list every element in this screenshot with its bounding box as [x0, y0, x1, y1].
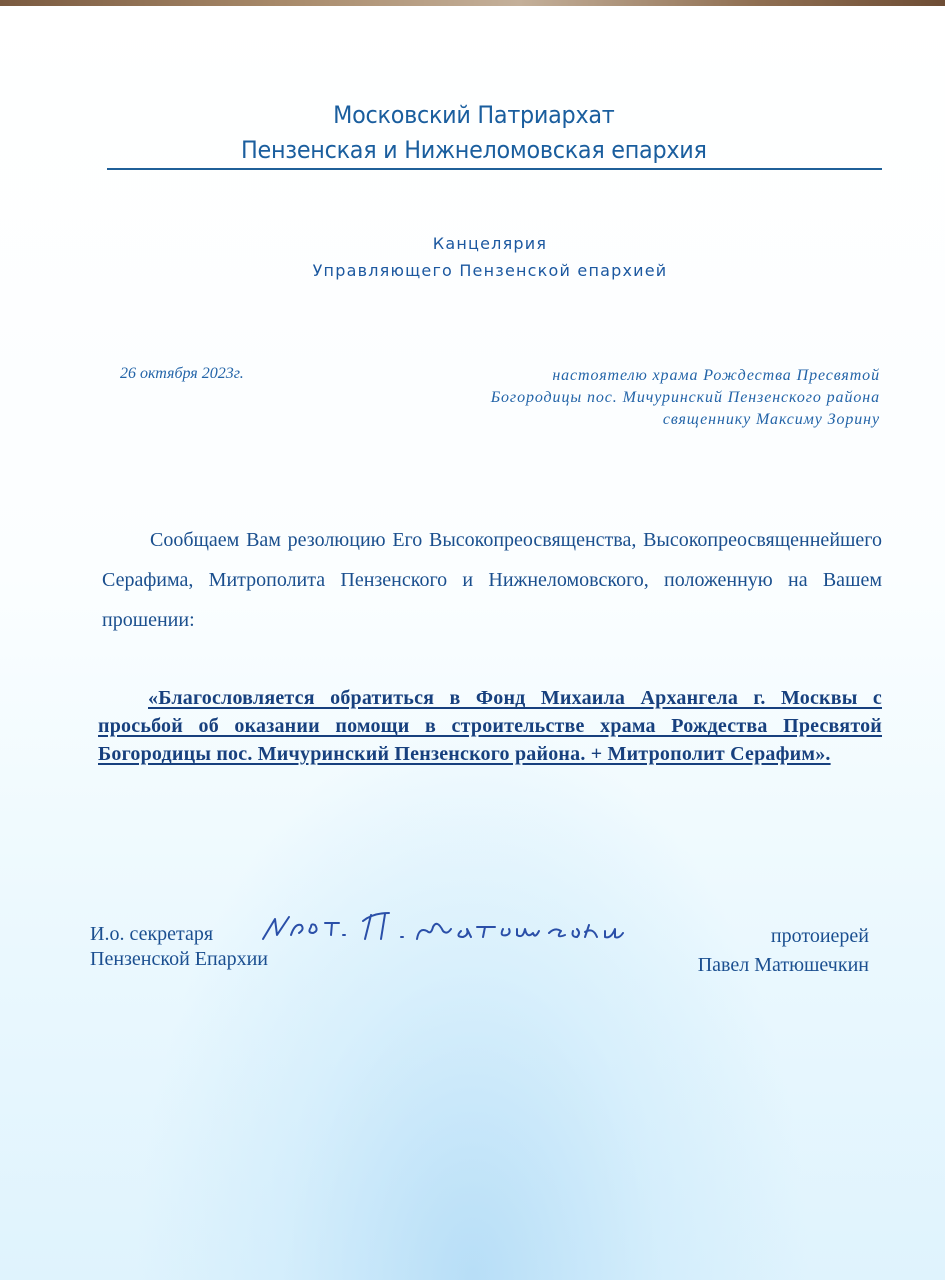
signatory-rank: протоиерей [698, 922, 869, 951]
office-title-line1: Канцелярия [0, 230, 945, 257]
handwritten-signature [255, 905, 725, 945]
office-title: Канцелярия Управляющего Пензенской епарх… [0, 230, 945, 284]
resolution-quote: «Благословляется обратиться в Фонд Михаи… [98, 684, 882, 768]
office-title-line2: Управляющего Пензенской епархией [0, 257, 945, 284]
signatory-title-line1: И.о. секретаря [90, 922, 268, 947]
signatory-fullname: Павел Матюшечкин [698, 951, 869, 980]
signatory-title-line2: Пензенской Епархии [90, 947, 268, 972]
body-paragraph: Сообщаем Вам резолюцию Его Высокопреосвя… [102, 520, 882, 640]
photo-top-edge [0, 0, 945, 6]
letterhead-divider [107, 168, 882, 170]
letterhead-patriarchate: Московский Патриархат [34, 98, 913, 133]
document-date: 26 октября 2023г. [120, 365, 244, 383]
letterhead-eparchy: Пензенская и Нижнеломовская епархия [34, 133, 913, 168]
signatory-title: И.о. секретаря Пензенской Епархии [90, 922, 268, 972]
letterhead: Московский Патриархат Пензенская и Нижне… [34, 98, 913, 168]
addressee-line3: священнику Максиму Зорину [320, 409, 880, 431]
addressee-block: настоятелю храма Рождества Пресвятой Бог… [320, 365, 880, 431]
signatory-name: протоиерей Павел Матюшечкин [698, 922, 869, 980]
addressee-line1: настоятелю храма Рождества Пресвятой [320, 365, 880, 387]
addressee-line2: Богородицы пос. Мичуринский Пензенского … [320, 387, 880, 409]
